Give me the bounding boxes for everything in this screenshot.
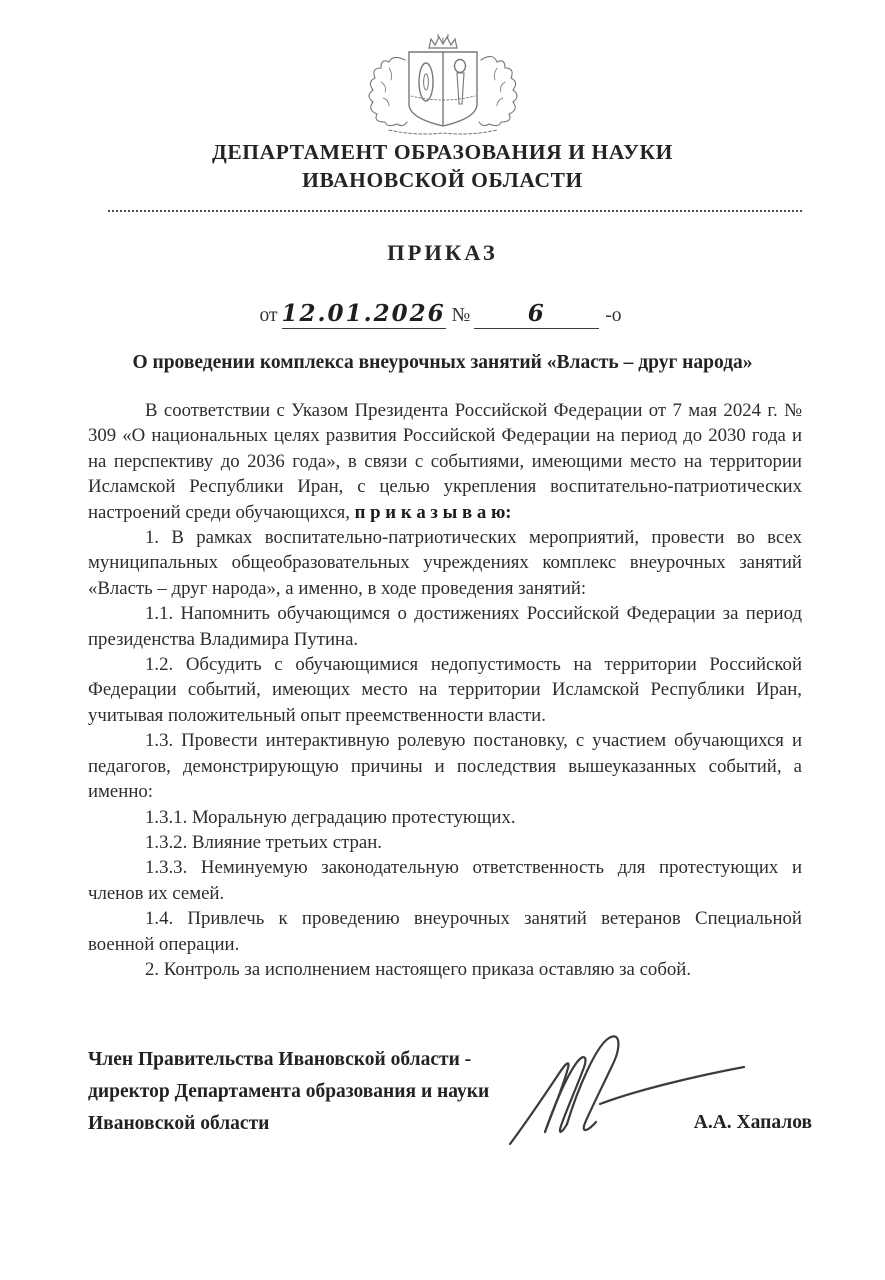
letterhead-divider — [108, 210, 802, 212]
signer-position: Член Правительства Ивановской области - … — [88, 1044, 489, 1140]
organization-name-line1: ДЕПАРТАМЕНТ ОБРАЗОВАНИЯ И НАУКИ — [0, 138, 885, 166]
order-body: В соответствии с Указом Президента Росси… — [88, 398, 802, 982]
order-subject: О проведении комплекса внеурочных заняти… — [0, 352, 885, 374]
organization-name: ДЕПАРТАМЕНТ ОБРАЗОВАНИЯ И НАУКИ ИВАНОВСК… — [0, 138, 885, 194]
signer-position-line2: директор Департамента образования и наук… — [88, 1076, 489, 1108]
signer-position-line3: Ивановской области — [88, 1108, 489, 1140]
scanned-order-document: ДЕПАРТАМЕНТ ОБРАЗОВАНИЯ И НАУКИ ИВАНОВСК… — [0, 0, 885, 1280]
number-sign-label: № — [446, 305, 475, 329]
paragraph-item-1: 1. В рамках воспитательно-патриотических… — [88, 525, 802, 601]
paragraph-intro: В соответствии с Указом Президента Росси… — [88, 398, 802, 525]
signature-block: Член Правительства Ивановской области - … — [88, 1044, 802, 1164]
letterhead-emblem — [0, 34, 885, 138]
paragraph-item-1-3-3: 1.3.3. Неминуемую законодательную ответс… — [88, 855, 802, 906]
signer-name: А.А. Хапалов — [694, 1112, 812, 1134]
coat-of-arms-icon — [353, 34, 533, 138]
date-prefix-label: от — [260, 305, 282, 329]
document-type-title: ПРИКАЗ — [0, 240, 885, 266]
signer-position-line1: Член Правительства Ивановской области - — [88, 1044, 489, 1076]
handwritten-date: 12.01.2026 — [282, 300, 446, 327]
order-date-number-line: от 12.01.2026 № 6 -о — [0, 300, 885, 329]
organization-name-line2: ИВАНОВСКОЙ ОБЛАСТИ — [0, 166, 885, 194]
paragraph-item-1-3-1: 1.3.1. Моральную деградацию протестующих… — [88, 805, 802, 830]
paragraph-item-2: 2. Контроль за исполнением настоящего пр… — [88, 957, 802, 982]
paragraph-item-1-1: 1.1. Напомнить обучающимся о достижениях… — [88, 601, 802, 652]
paragraph-item-1-3-2: 1.3.2. Влияние третьих стран. — [88, 830, 802, 855]
order-number-field: 6 — [474, 300, 599, 329]
number-suffix-label: -о — [599, 305, 625, 329]
order-date-field: 12.01.2026 — [282, 300, 446, 329]
paragraph-item-1-3: 1.3. Провести интерактивную ролевую пост… — [88, 728, 802, 804]
signature-autograph-icon — [482, 1016, 782, 1156]
handwritten-number: 6 — [528, 300, 546, 327]
intro-ordering-word: п р и к а з ы в а ю: — [355, 502, 512, 523]
paragraph-item-1-4: 1.4. Привлечь к проведению внеурочных за… — [88, 906, 802, 957]
paragraph-item-1-2: 1.2. Обсудить с обучающимися недопустимо… — [88, 652, 802, 728]
signature-area: А.А. Хапалов — [512, 1044, 802, 1164]
